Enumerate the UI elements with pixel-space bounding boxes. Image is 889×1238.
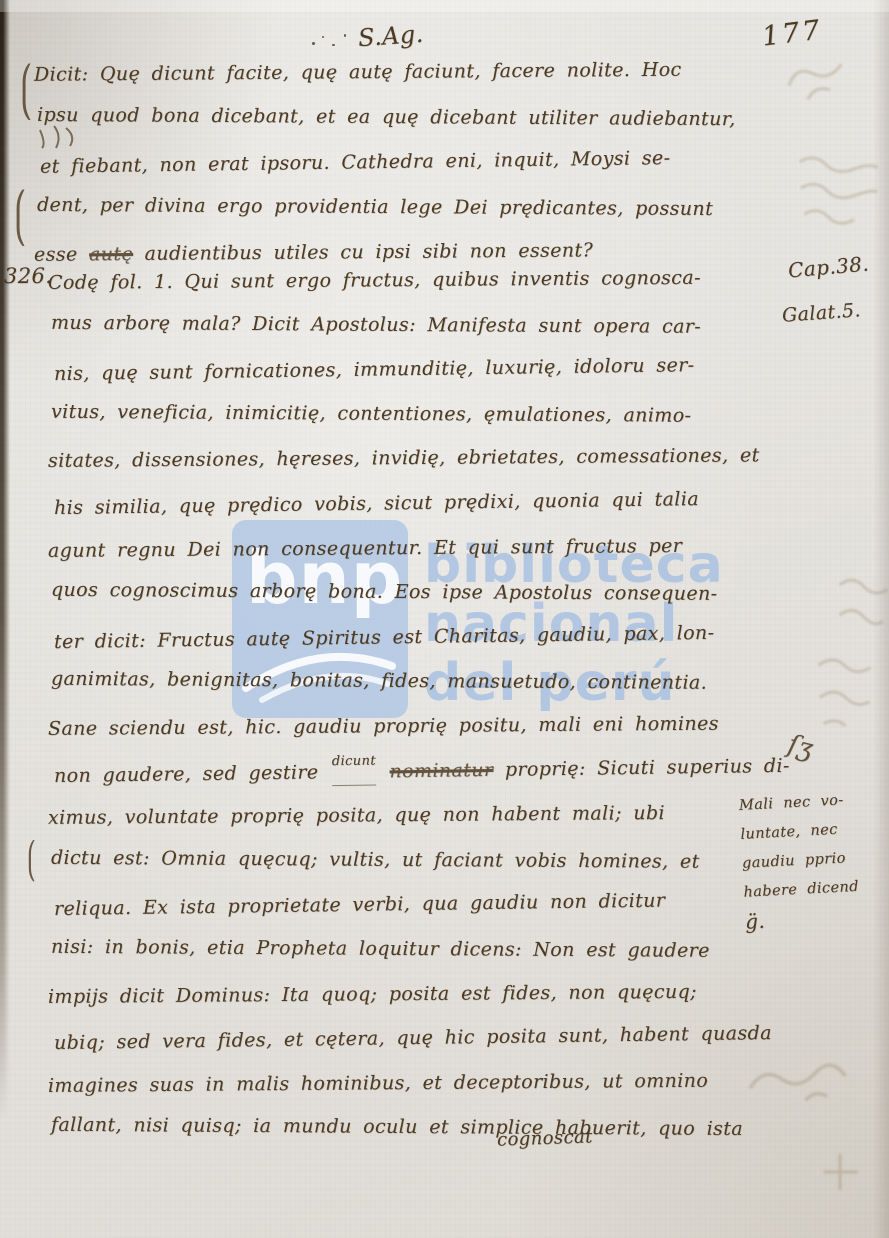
interlinear-correction-mark: [36, 122, 82, 154]
text-line: ipsu quod bona dicebant, et ea quę diceb…: [37, 93, 736, 142]
paragraph-number: 326.: [4, 264, 52, 288]
text-line: ganimitas, benignitas, bonitas, fides, m…: [51, 657, 787, 706]
paragraph-1: Dicit: Quę dicunt facite, quę autę faciu…: [34, 50, 733, 275]
section-heading: S.Ag.: [357, 20, 424, 53]
text-line: Sane sciendu est, hic. gaudiu proprię po…: [48, 701, 784, 751]
text-line: fallant, nisi quisq; ia mundu oculu et s…: [51, 1103, 787, 1152]
bleedthrough-mark: [812, 1150, 872, 1199]
scan-border: [0, 0, 889, 12]
text-line: dictu est: Omnia quęcuq; vultis, ut faci…: [51, 835, 787, 884]
margin-scripture-ref: Galat.5.: [781, 299, 861, 326]
manuscript-scan: bnp biblioteca nacional del perú: [0, 0, 889, 1238]
page-edge-shadow: [873, 0, 889, 1238]
text-line: ter dicit: Fructus autę Spiritus est Cha…: [54, 610, 790, 665]
margin-flourish-mark: ſʒ: [785, 729, 817, 764]
binding-edge-shadow: [0, 0, 10, 1120]
text-line: vitus, veneficia, inimicitię, contention…: [51, 390, 787, 439]
interlinear-insertion: dicunt: [331, 739, 376, 785]
text-line: reliqua. Ex ista proprietate verbi, qua …: [54, 877, 790, 932]
flourish-paren: ⟮: [20, 52, 32, 122]
paragraph-2: Codę fol. 1. Qui sunt ergo fructus, quib…: [48, 258, 784, 1150]
margin-annotation: Mali nec vo- luntate, nec gaudiu pprio h…: [738, 784, 889, 936]
text-line: nis, quę sunt fornicationes, immunditię,…: [54, 342, 790, 397]
text-line: dent, per divina ergo providentia lege D…: [37, 183, 736, 232]
flourish-paren: ⟮: [14, 178, 26, 248]
text-line: his similia, quę prędico vobis, sicut pr…: [54, 476, 790, 531]
text-segment: proprię: Sicuti superius di-: [505, 754, 790, 780]
catchword: cognoscat: [497, 1126, 593, 1150]
text-line: sitates, dissensiones, hęreses, invidię,…: [48, 433, 784, 483]
text-line: nisi: in bonis, etia Propheta loquitur d…: [51, 925, 787, 974]
text-line: imagines suas in malis hominibus, et dec…: [48, 1058, 784, 1108]
text-line: mus arborę mala? Dicit Apostolus: Manife…: [51, 300, 787, 349]
text-line: Dicit: Quę dicunt facite, quę autę faciu…: [34, 47, 733, 97]
flourish-paren: ⟮: [27, 832, 36, 883]
text-line: agunt regnu Dei non consequentur. Et qui…: [48, 523, 784, 573]
text-line: ubiq; sed vera fides, et cętera, quę hic…: [54, 1011, 790, 1066]
text-line: et fiebant, non erat ipsoru. Cathedra en…: [40, 135, 739, 190]
struck-word: nominatur: [389, 758, 493, 781]
text-segment: non gaudere, sed gestire: [54, 761, 319, 787]
margin-chapter-ref: Cap.38.: [787, 252, 870, 283]
text-line: Codę fol. 1. Qui sunt ergo fructus, quib…: [48, 255, 784, 305]
text-line: quos cognoscimus arborę bona. Eos ipse A…: [51, 568, 787, 617]
text-line: ximus, voluntate proprię posita, quę non…: [48, 790, 784, 840]
